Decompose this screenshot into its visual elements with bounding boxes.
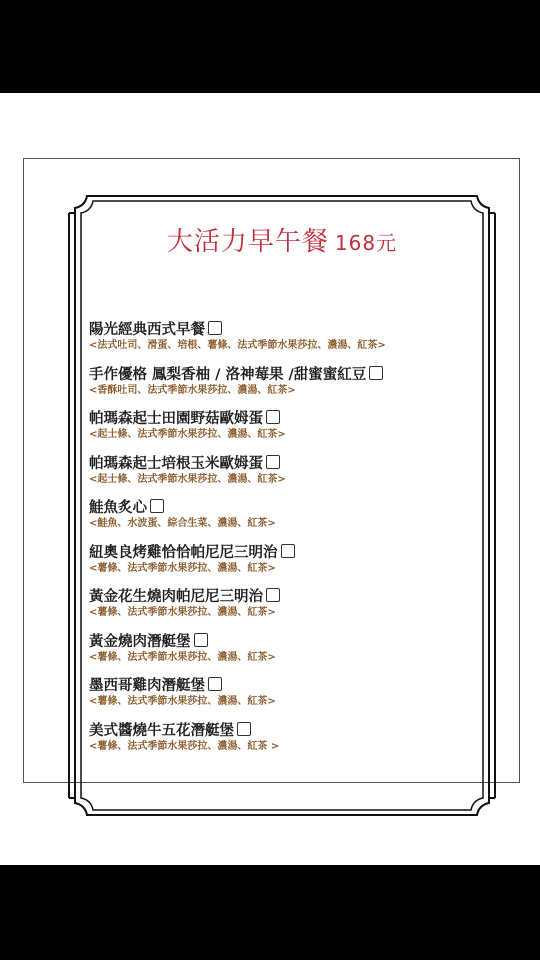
menu-items: 陽光經典西式早餐<法式吐司、滑蛋、培根、薯條、法式季節水果莎拉、濃湯、紅茶> 手… <box>89 321 489 766</box>
decorative-frame: 大活力早午餐168元 陽光經典西式早餐<法式吐司、滑蛋、培根、薯條、法式季節水果… <box>67 193 497 818</box>
item-name: 鮭魚炙心 <box>89 500 147 516</box>
menu-item: 鮭魚炙心<鮭魚、水波蛋、綜合生菜、濃湯、紅茶> <box>89 499 489 544</box>
item-desc: <起士條、法式季節水果莎拉、濃湯、紅茶> <box>89 428 489 442</box>
menu-page: 大活力早午餐168元 陽光經典西式早餐<法式吐司、滑蛋、培根、薯條、法式季節水果… <box>0 93 540 865</box>
item-desc: <起士條、法式季節水果莎拉、濃湯、紅茶> <box>89 473 489 487</box>
item-desc: <鮭魚、水波蛋、綜合生菜、濃湯、紅茶> <box>89 517 489 531</box>
menu-item: 陽光經典西式早餐<法式吐司、滑蛋、培根、薯條、法式季節水果莎拉、濃湯、紅茶> <box>89 321 489 366</box>
menu-item: 紐奧良烤雞恰恰帕尼尼三明治<薯條、法式季節水果莎拉、濃湯、紅茶> <box>89 544 489 589</box>
item-desc: <薯條、法式季節水果莎拉、濃湯、紅茶> <box>89 562 489 576</box>
item-name: 帕瑪森起士培根玉米歐姆蛋 <box>89 456 263 472</box>
item-name: 帕瑪森起士田園野菇歐姆蛋 <box>89 411 263 427</box>
item-desc: <薯條、法式季節水果莎拉、濃湯、紅茶 > <box>89 740 489 754</box>
checkbox[interactable] <box>266 588 280 602</box>
menu-title: 大活力早午餐168元 <box>67 221 497 258</box>
item-name: 美式醬燒牛五花潛艇堡 <box>89 723 234 739</box>
checkbox[interactable] <box>208 677 222 691</box>
checkbox[interactable] <box>266 410 280 424</box>
item-name: 紐奧良烤雞恰恰帕尼尼三明治 <box>89 545 278 561</box>
menu-item: 黃金燒肉潛艇堡<薯條、法式季節水果莎拉、濃湯、紅茶> <box>89 633 489 678</box>
checkbox[interactable] <box>237 722 251 736</box>
checkbox[interactable] <box>150 499 164 513</box>
menu-item: 黃金花生燒肉帕尼尼三明治<薯條、法式季節水果莎拉、濃湯、紅茶> <box>89 588 489 633</box>
menu-item: 墨西哥雞肉潛艇堡<薯條、法式季節水果莎拉、濃湯、紅茶> <box>89 677 489 722</box>
menu-item: 帕瑪森起士培根玉米歐姆蛋<起士條、法式季節水果莎拉、濃湯、紅茶> <box>89 455 489 500</box>
checkbox[interactable] <box>194 633 208 647</box>
title-text: 大活力早午餐 <box>167 227 329 257</box>
menu-item: 手作優格 鳳梨香柚 / 洛神莓果 /甜蜜蜜紅豆<香酥吐司、法式季節水果莎拉、濃湯… <box>89 366 489 411</box>
item-desc: <薯條、法式季節水果莎拉、濃湯、紅茶> <box>89 695 489 709</box>
item-desc: <香酥吐司、法式季節水果莎拉、濃湯、紅茶> <box>89 384 489 398</box>
price: 168元 <box>335 231 397 255</box>
item-name: 墨西哥雞肉潛艇堡 <box>89 678 205 694</box>
item-desc: <薯條、法式季節水果莎拉、濃湯、紅茶> <box>89 651 489 665</box>
checkbox[interactable] <box>266 455 280 469</box>
item-name: 黃金花生燒肉帕尼尼三明治 <box>89 589 263 605</box>
item-desc: <法式吐司、滑蛋、培根、薯條、法式季節水果莎拉、濃湯、紅茶> <box>89 339 489 353</box>
item-name: 黃金燒肉潛艇堡 <box>89 634 191 650</box>
menu-item: 美式醬燒牛五花潛艇堡<薯條、法式季節水果莎拉、濃湯、紅茶 > <box>89 722 489 767</box>
checkbox[interactable] <box>208 321 222 335</box>
item-name: 陽光經典西式早餐 <box>89 322 205 338</box>
item-name: 手作優格 鳳梨香柚 / 洛神莓果 /甜蜜蜜紅豆 <box>89 367 366 383</box>
item-desc: <薯條、法式季節水果莎拉、濃湯、紅茶> <box>89 606 489 620</box>
checkbox[interactable] <box>281 544 295 558</box>
menu-item: 帕瑪森起士田園野菇歐姆蛋<起士條、法式季節水果莎拉、濃湯、紅茶> <box>89 410 489 455</box>
checkbox[interactable] <box>369 366 383 380</box>
